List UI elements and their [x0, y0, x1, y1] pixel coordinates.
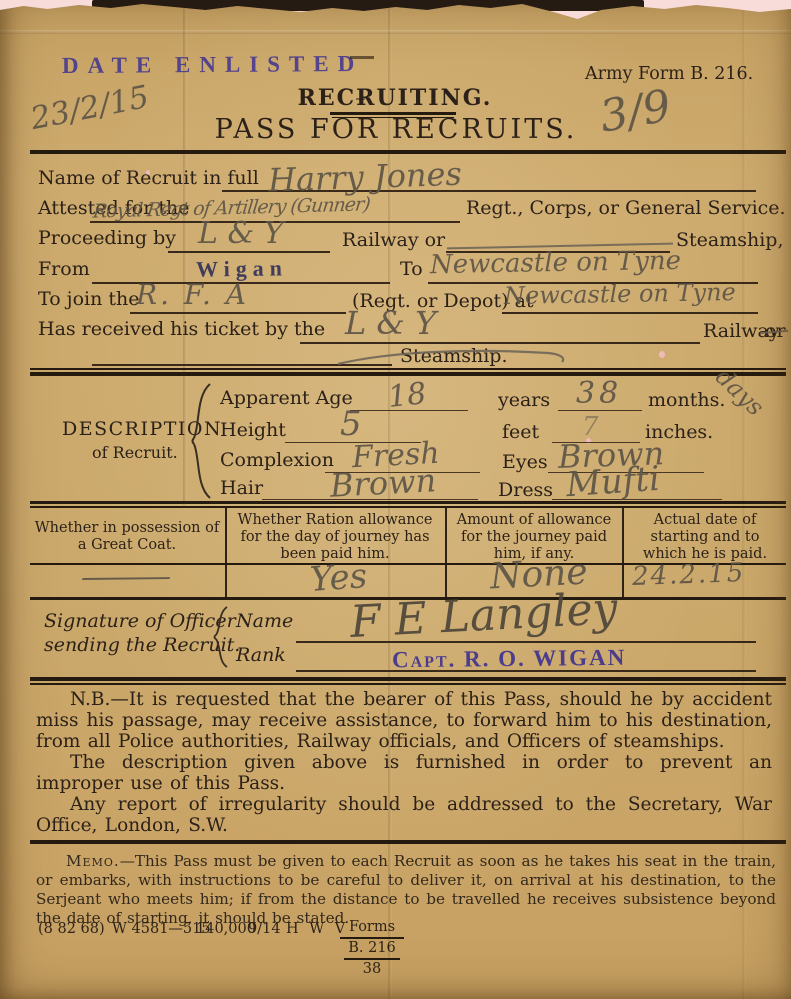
imprint-forms-label: Forms: [342, 919, 402, 935]
table-divider-3: [622, 508, 624, 598]
nb-paragraph-1: N.B.—It is requested that the bearer of …: [36, 689, 772, 752]
join-at-line: [502, 312, 758, 314]
age-months-value: 38: [576, 376, 622, 411]
signature-label-1: Signature of Officer: [44, 610, 236, 632]
imprint-forms-num: 38: [342, 961, 402, 977]
pink-speck-1: [659, 351, 665, 358]
table-divider-2: [445, 508, 447, 598]
section-rule-3b: [30, 506, 786, 508]
to-value: Newcastle on Tyne: [430, 246, 682, 280]
table-value-ration: Yes: [309, 556, 369, 600]
section-rule-2a: [30, 368, 786, 370]
imprint-date: 9/14: [248, 921, 281, 937]
pencil-mark-top: [350, 56, 374, 59]
signature-name-label: Name: [236, 610, 293, 632]
rank-stamp: Capt. R. O. WIGAN: [392, 645, 627, 673]
feet-label: feet: [502, 421, 539, 443]
description-brace: [188, 382, 214, 500]
date-enlisted-stamp: DATE ENLISTED: [62, 51, 363, 79]
imprint-code: (8 82 68): [38, 921, 105, 937]
table-value-greatcoat: —: [76, 559, 176, 595]
attested-suffix: Regt., Corps, or General Service.: [466, 197, 786, 219]
scanned-document: DATE ENLISTED 23/2/15 Army Form B. 216. …: [0, 0, 791, 999]
nb-paragraph-2: The description given above is furnished…: [36, 752, 772, 794]
join-value: R. F. A: [136, 278, 249, 311]
imprint-initials: H W V: [286, 921, 348, 937]
to-label: To: [400, 258, 423, 280]
document-paper: DATE ENLISTED 23/2/15 Army Form B. 216. …: [0, 0, 791, 999]
crease-top: [0, 30, 791, 34]
dress-label: Dress: [498, 479, 553, 501]
height-label: Height: [220, 419, 286, 441]
join-at-value: Newcastle on Tyne: [504, 278, 736, 310]
hair-label: Hair: [220, 477, 263, 499]
proceeding-value: L & Y: [198, 216, 284, 251]
imprint-forms-line-1: [340, 937, 404, 939]
steamship-label: Steamship,: [676, 229, 784, 251]
months-label: months.: [648, 389, 725, 411]
signature-brace: [212, 606, 230, 668]
memo-label: Memo.: [66, 852, 120, 870]
section-rule-1: [30, 150, 786, 154]
height-feet-value: 5: [340, 404, 362, 444]
section-rule-4b: [30, 683, 786, 685]
imprint-forms-code: B. 216: [342, 940, 402, 956]
table-header-ration: Whether Ration allowance for the day of …: [232, 512, 438, 563]
memo-text: —This Pass must be given to each Recruit…: [36, 852, 776, 927]
complexion-label: Complexion: [220, 449, 334, 471]
ticket-value: L & Y: [345, 304, 436, 342]
dress-value: Mufti: [565, 459, 661, 505]
section-rule-2b: [30, 372, 786, 376]
table-header-date: Actual date of starting and to which he …: [628, 512, 782, 563]
eyes-label: Eyes: [502, 451, 548, 473]
join-label: To join the: [38, 288, 139, 310]
signature-label-2: sending the Recruit.: [44, 634, 240, 656]
railway-or-label: Railway or: [342, 229, 445, 251]
section-rule-5: [30, 840, 786, 844]
nb-paragraphs: N.B.—It is requested that the bearer of …: [36, 689, 772, 836]
description-subtitle: of Recruit.: [92, 443, 178, 462]
heading-recruiting: RECRUITING.: [250, 85, 540, 111]
memo-paragraph: Memo.—This Pass must be given to each Re…: [36, 852, 776, 928]
page-number-handwriting: 3/9: [596, 80, 675, 143]
date-enlisted-handwriting: 23/2/15: [28, 79, 152, 137]
years-label: years: [498, 389, 550, 411]
ticket-label: Has received his ticket by the: [38, 318, 325, 340]
table-value-date: 24.2.15: [632, 558, 746, 592]
hair-value: Brown: [329, 461, 437, 504]
proceeding-line: [168, 251, 330, 253]
proceeding-label: Proceeding by: [38, 227, 176, 249]
table-header-greatcoat: Whether in possession of a Great Coat.: [34, 520, 220, 554]
from-label: From: [38, 258, 90, 280]
imprint-qty: 140,000: [196, 921, 256, 937]
steamship2-strike: [338, 344, 570, 370]
nb-paragraph-3: Any report of irregularity should be add…: [36, 794, 772, 836]
name-label: Name of Recruit in full: [38, 167, 259, 189]
age-label: Apparent Age: [220, 387, 353, 409]
section-rule-4a: [30, 677, 786, 681]
join-line: [130, 312, 346, 314]
signature-rank-label: Rank: [236, 644, 286, 666]
army-form-ref: Army Form B. 216.: [585, 64, 753, 84]
heading-pass: PASS FOR RECRUITS.: [210, 114, 582, 145]
table-divider-1: [225, 508, 227, 598]
age-value: 18: [386, 376, 428, 415]
section-rule-3a: [30, 501, 786, 504]
imprint-forms-line-2: [344, 958, 400, 960]
